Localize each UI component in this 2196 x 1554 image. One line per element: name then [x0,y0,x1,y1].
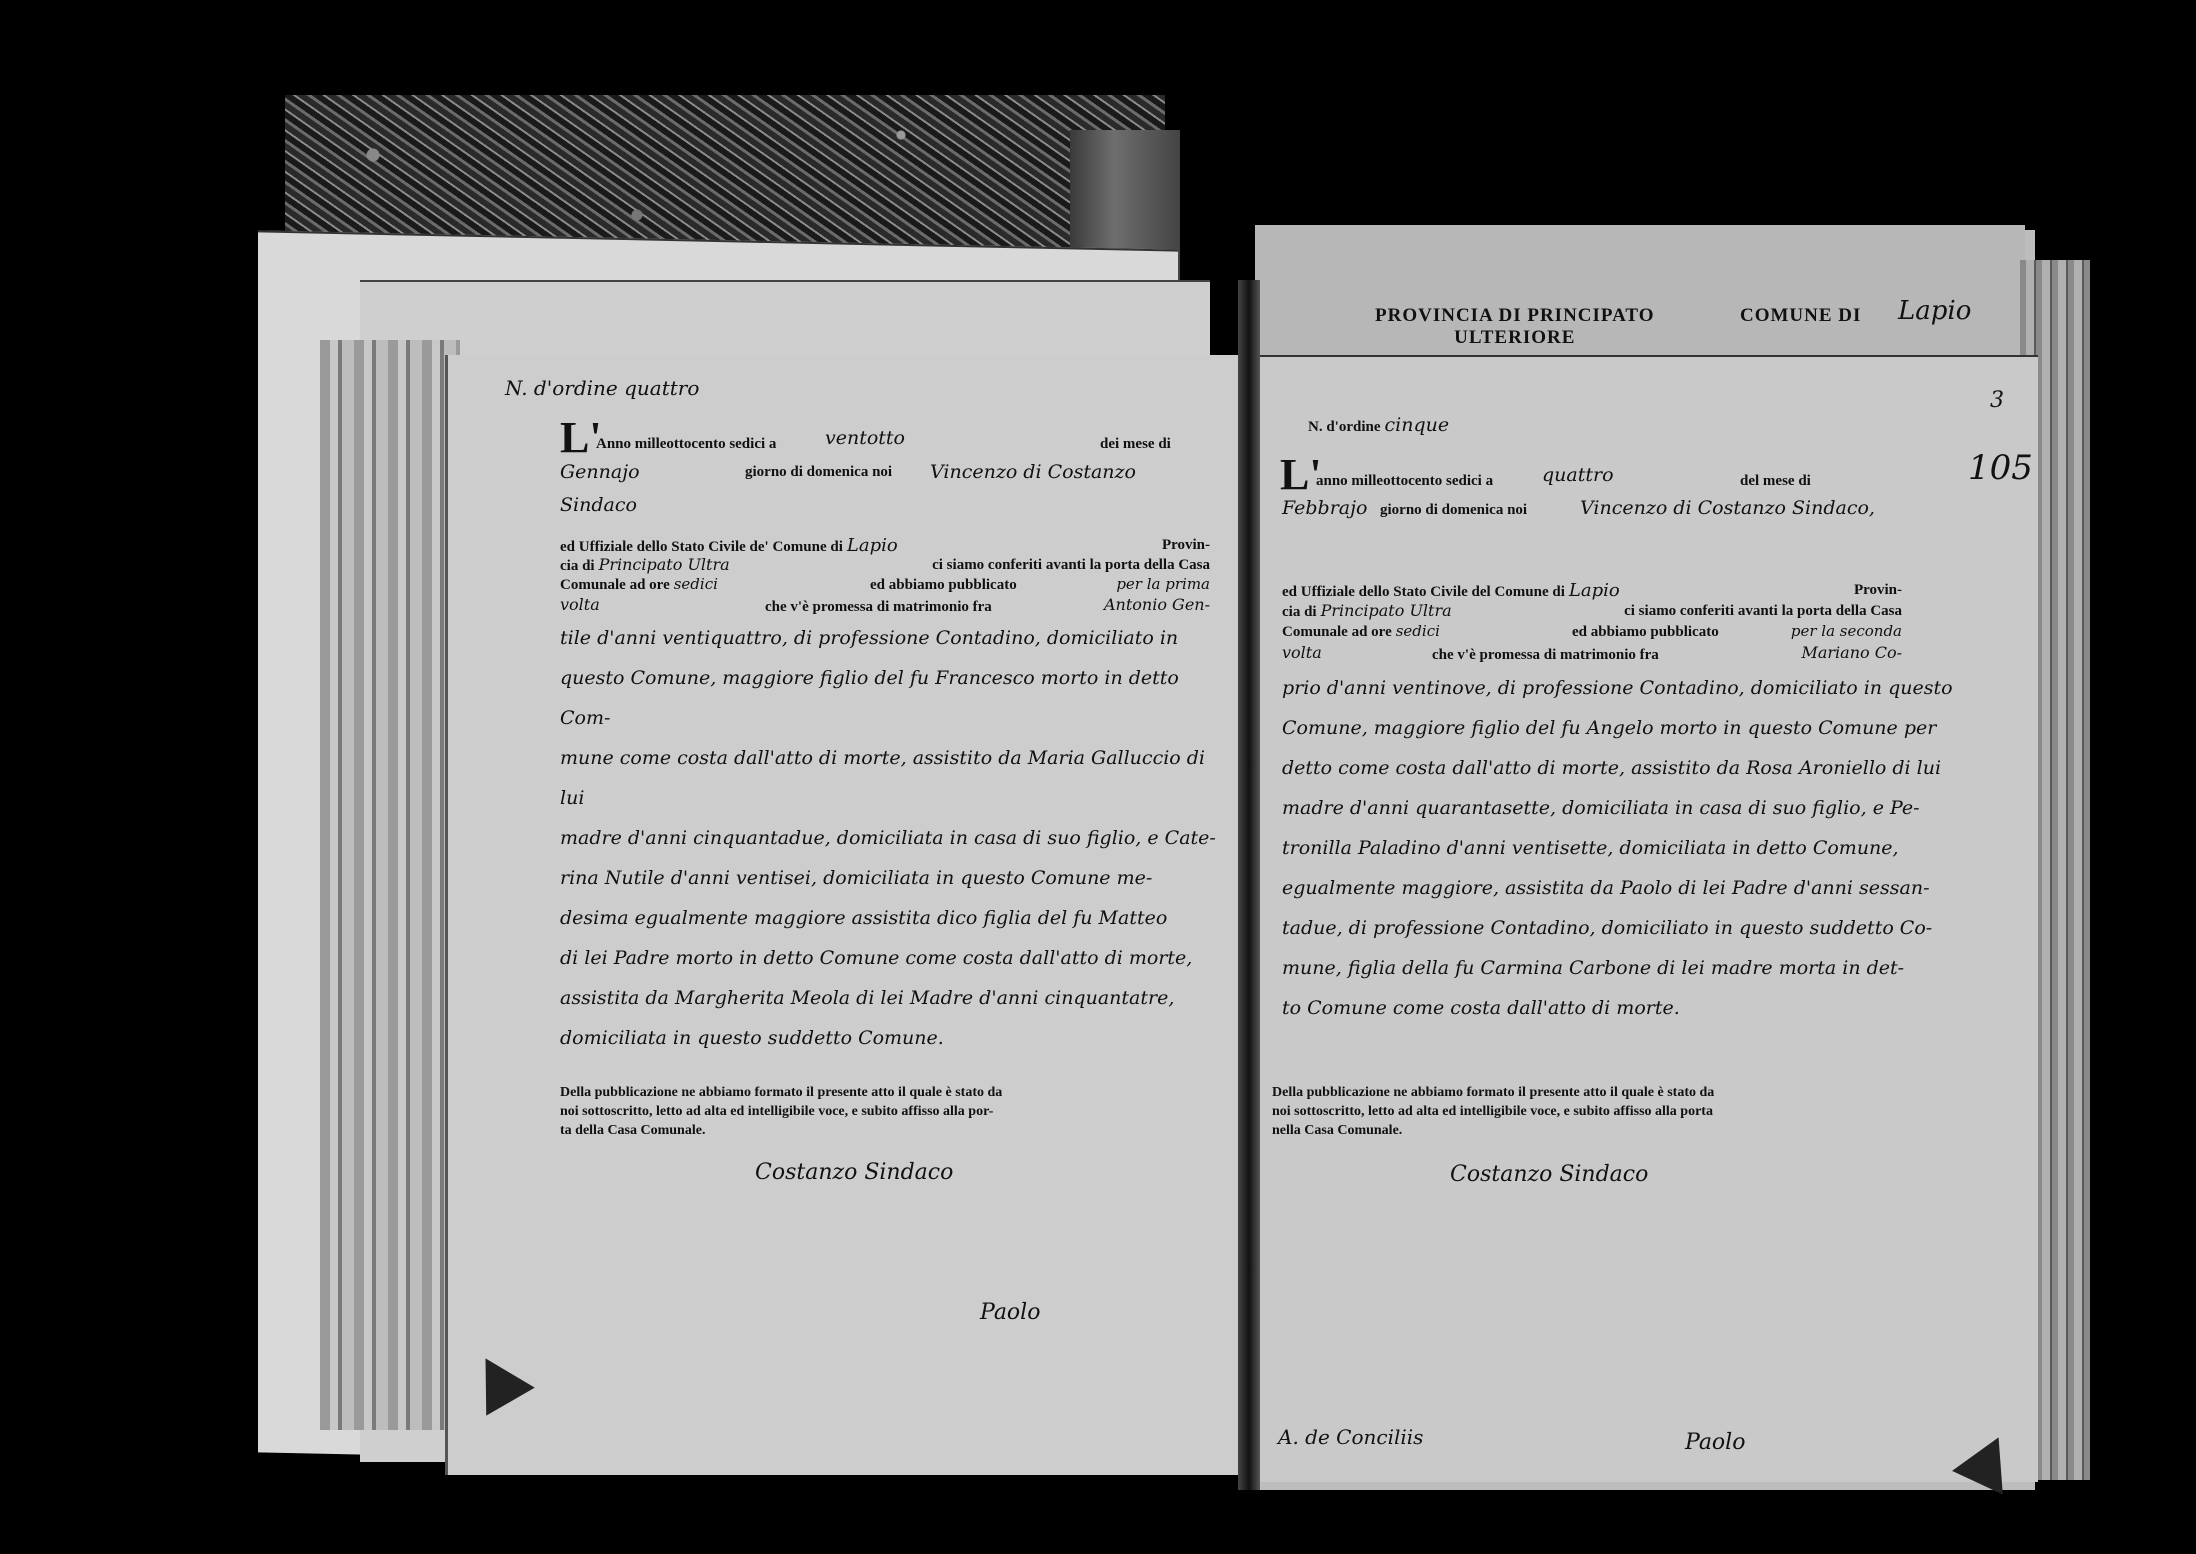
left-body-line: mune come costa dall'atto di morte, assi… [560,738,1220,818]
left-l4-print: ed Uffiziale dello Stato Civile de' Comu… [560,539,843,555]
right-signature-witness-right: Paolo [1685,1430,1745,1455]
right-l4-tail: Provin- [1854,580,1902,601]
left-body-line: rina Nutile d'anni ventisei, domiciliata… [560,858,1220,898]
left-comune: Lapio [847,535,898,556]
right-comune: Lapio [1569,580,1620,601]
right-footer: Della pubblicazione ne abbiamo formato i… [1272,1083,1912,1140]
right-ordine: N. d'ordine cinque [1308,405,1449,445]
left-l6-print2: ed abbiamo pubblicato [870,575,1017,596]
left-footer-line: ta della Casa Comunale. [560,1121,1200,1140]
left-body-line: assistita da Margherita Meola di lei Mad… [560,978,1220,1018]
right-body-line: egualmente maggiore, assistita da Paolo … [1282,868,1962,908]
left-l5-print1: cia di [560,558,595,574]
left-provincia: Principato Ultra [599,555,730,574]
left-signature-sindaco: Costanzo Sindaco [755,1160,953,1185]
right-body-line: tronilla Paladino d'anni ventisette, dom… [1282,828,1962,868]
left-body-line: di lei Padre morto in detto Comune come … [560,938,1220,978]
right-body-line: prio d'anni ventinove, di professione Co… [1282,668,1962,708]
left-publication-count: per la prima [1116,575,1210,593]
right-l7-print: che v'è promessa di matrimonio fra [1432,645,1659,666]
provincia-header: PROVINCIA DI PRINCIPATO ULTERIORE [1375,305,1655,349]
left-l6-print1: Comunale ad ore [560,577,670,593]
left-groom-name: Antonio Gen- [1104,595,1210,614]
left-line2-print: giorno di domenica noi [745,462,892,483]
left-l7-print: che v'è promessa di matrimonio fra [765,597,992,618]
book-gutter [1238,280,1260,1490]
page-number: 105 [1968,448,2033,488]
left-volta: volta [560,595,600,614]
left-body-line: domiciliata in questo suddetto Comune. [560,1018,1220,1058]
right-l5-print2: ci siamo conferiti avanti la porta della… [1624,601,1902,622]
right-l6-print1: Comunale ad ore [1282,624,1392,640]
left-body-line: tile d'anni ventiquattro, di professione… [560,618,1220,658]
right-body-line: Comune, maggiore figlio del fu Angelo mo… [1282,708,1962,748]
right-ordine-value: cinque [1385,414,1450,436]
left-mayor-name: Vincenzo di Costanzo [930,452,1136,492]
left-footer-line: Della pubblicazione ne abbiamo formato i… [560,1083,1200,1102]
right-l4-print: ed Uffiziale dello Stato Civile del Comu… [1282,584,1565,600]
right-signature-witness-left: A. de Conciliis [1278,1425,1423,1449]
left-day: ventotto [825,418,905,458]
right-footer-line: Della pubblicazione ne abbiamo formato i… [1272,1083,1912,1102]
right-footer-line: noi sottoscritto, letto ad alta ed intel… [1272,1102,1912,1121]
left-l4-tail: Provin- [1162,535,1210,556]
right-publication-count: per la seconda [1791,622,1902,640]
left-signature-witness: Paolo [980,1300,1040,1325]
right-provincia: Principato Ultra [1321,601,1452,620]
left-page-edges [320,340,460,1430]
right-body-line: mune, figlia della fu Carmina Carbone di… [1282,948,1962,988]
right-groom-name: Mariano Co- [1801,643,1902,662]
left-body-line: questo Comune, maggiore figlio del fu Fr… [560,658,1220,738]
left-body-line: madre d'anni cinquantadue, domiciliata i… [560,818,1220,858]
left-body: tile d'anni ventiquattro, di professione… [560,618,1220,1058]
right-body-line: tadue, di professione Contadino, domicil… [1282,908,1962,948]
right-l6-print2: ed abbiamo pubblicato [1572,622,1719,643]
right-l5-print1: cia di [1282,604,1317,620]
left-official-block: ed Uffiziale dello Stato Civile de' Comu… [560,535,1210,617]
right-body-line: madre d'anni quarantasette, domiciliata … [1282,788,1962,828]
provincia-label-line2: ULTERIORE [1375,327,1655,349]
right-ordine-label: N. d'ordine [1308,419,1381,435]
right-volta: volta [1282,643,1322,662]
right-body-line: detto come costa dall'atto di morte, ass… [1282,748,1962,788]
right-body-line: to Comune come costa dall'atto di morte. [1282,988,1962,1028]
left-hour: sedici [674,575,718,593]
left-body-line: desima egualmente maggiore assistita dic… [560,898,1220,938]
left-title: Sindaco [560,485,637,525]
comune-value: Lapio [1898,296,1971,326]
right-body: prio d'anni ventinove, di professione Co… [1282,668,1962,1028]
right-line2-print: giorno di domenica noi [1380,500,1527,521]
right-month: Febbrajo [1282,488,1367,528]
left-footer-line: noi sottoscritto, letto ad alta ed intel… [560,1102,1200,1121]
right-footer-line: nella Casa Comunale. [1272,1121,1912,1140]
right-signature-sindaco: Costanzo Sindaco [1450,1162,1648,1187]
left-footer: Della pubblicazione ne abbiamo formato i… [560,1083,1200,1140]
right-official-block: ed Uffiziale dello Stato Civile del Comu… [1282,580,1902,665]
right-hour: sedici [1396,622,1440,640]
left-l5-print2: ci siamo conferiti avanti la porta della… [932,555,1210,576]
provincia-label: PROVINCIA DI PRINCIPATO [1375,305,1655,327]
left-ordine: N. d'ordine quattro [505,368,699,408]
page-mark-small: 3 [1990,388,2004,413]
comune-label: COMUNE DI [1740,305,1861,327]
right-mayor-name: Vincenzo di Costanzo Sindaco, [1580,488,1875,528]
